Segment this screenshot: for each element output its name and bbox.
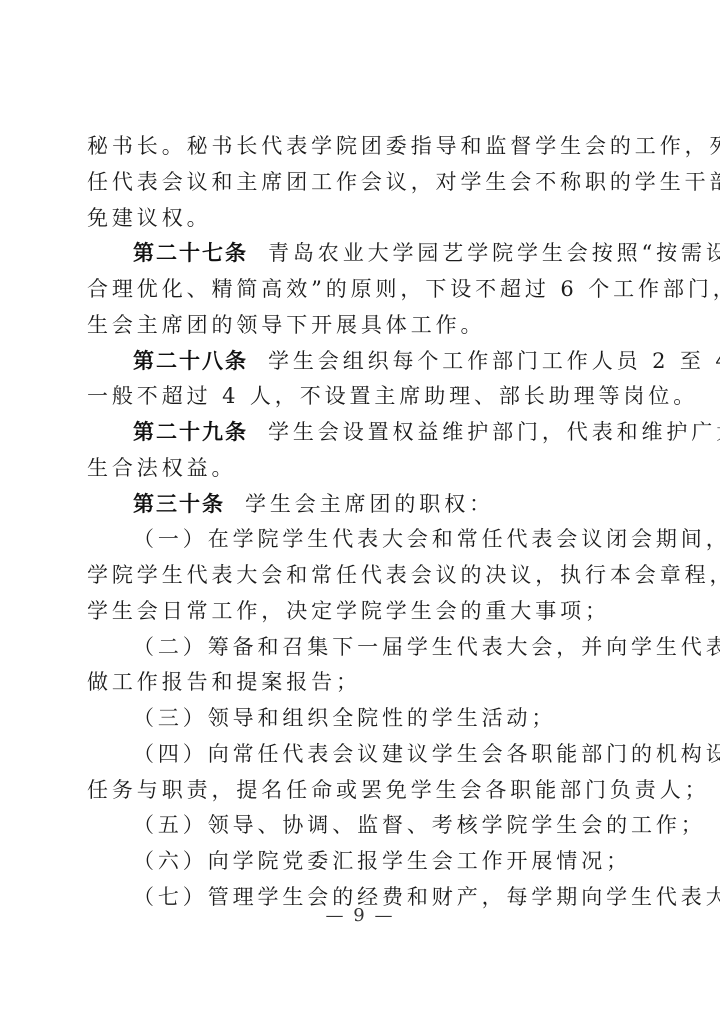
text-line: 任代表会议和主席团工作会议，对学生会不称职的学生干部有罢 (87, 165, 635, 201)
article-text: 学生会设置权益维护部门，代表和维护广大学 (268, 420, 720, 444)
article-30: 第三十条学生会主席团的职权： (87, 487, 635, 523)
article-28: 第二十八条学生会组织每个工作部门工作人员 2 至 4 人， (87, 344, 635, 380)
list-item-4: （四）向常任代表会议建议学生会各职能部门的机构设置、 (87, 737, 635, 773)
text-line: 学院学生代表大会和常任代表会议的决议，执行本会章程，主持 (87, 558, 635, 594)
list-item-2: （二）筹备和召集下一届学生代表大会，并向学生代表大会 (87, 630, 635, 666)
article-label: 第二十九条 (133, 420, 248, 444)
article-label: 第二十七条 (133, 241, 248, 265)
list-item-3: （三）领导和组织全院性的学生活动； (87, 701, 635, 737)
article-27: 第二十七条青岛农业大学园艺学院学生会按照“按需设置、 (87, 236, 635, 272)
text-line: 合理优化、精简高效”的原则，下设不超过 6 个工作部门，在学 (87, 272, 635, 308)
article-text: 学生会主席团的职权： (245, 492, 494, 516)
article-29: 第二十九条学生会设置权益维护部门，代表和维护广大学 (87, 415, 635, 451)
text-line: 做工作报告和提案报告； (87, 665, 635, 701)
article-label: 第三十条 (133, 492, 225, 516)
list-item-1: （一）在学院学生代表大会和常任代表会议闭会期间，执行 (87, 522, 635, 558)
article-text: 学生会组织每个工作部门工作人员 2 至 4 人， (268, 349, 720, 373)
list-item-5: （五）领导、协调、监督、考核学院学生会的工作； (87, 808, 635, 844)
document-body: 秘书长。秘书长代表学院团委指导和监督学生会的工作，列席常 任代表会议和主席团工作… (87, 129, 635, 916)
text-line: 任务与职责，提名任命或罢免学生会各职能部门负责人； (87, 773, 635, 809)
article-text: 青岛农业大学园艺学院学生会按照“按需设置、 (268, 241, 720, 265)
text-line: 一般不超过 4 人，不设置主席助理、部长助理等岗位。 (87, 379, 635, 415)
text-line: 生会主席团的领导下开展具体工作。 (87, 308, 635, 344)
text-line: 学生会日常工作，决定学院学生会的重大事项； (87, 594, 635, 630)
list-item-6: （六）向学院党委汇报学生会工作开展情况； (87, 844, 635, 880)
text-line: 生合法权益。 (87, 451, 635, 487)
page-number: — 9 — (0, 905, 720, 926)
article-label: 第二十八条 (133, 349, 248, 373)
text-line: 秘书长。秘书长代表学院团委指导和监督学生会的工作，列席常 (87, 129, 635, 165)
text-line: 免建议权。 (87, 201, 635, 237)
